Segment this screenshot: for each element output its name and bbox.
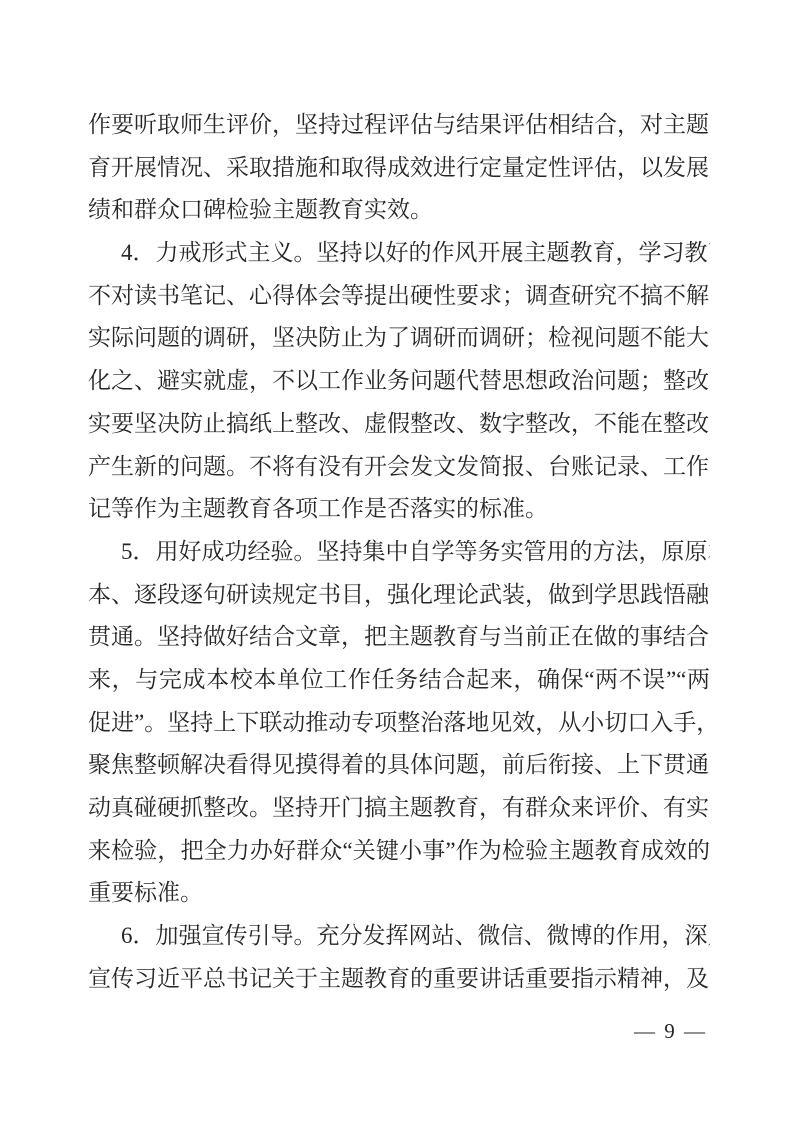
text-line: 本、逐段逐句研读规定书目，强化理论武装，做到学思践悟融会 (88, 574, 710, 617)
text-line: 实要坚决防止搞纸上整改、虚假整改、数字整改，不能在整改中 (88, 403, 710, 446)
text-line: 6．加强宣传引导。充分发挥网站、微信、微博的作用，深入 (88, 915, 710, 958)
text-line: 产生新的问题。不将有没有开会发文发简报、台账记录、工作笔 (88, 446, 710, 489)
text-line: 聚焦整顿解决看得见摸得着的具体问题，前后衔接、上下贯通， (88, 744, 710, 787)
document-body: 作要听取师生评价，坚持过程评估与结果评估相结合，对主题教 育开展情况、采取措施和… (88, 104, 710, 1000)
text-line: 实际问题的调研，坚决防止为了调研而调研；检视问题不能大而 (88, 317, 710, 360)
paragraph-item-4: 4．力戒形式主义。坚持以好的作风开展主题教育，学习教育 不对读书笔记、心得体会等… (88, 232, 710, 531)
text-line: 来检验，把全力办好群众“关键小事”作为检验主题教育成效的 (88, 830, 710, 873)
text-line: 记等作为主题教育各项工作是否落实的标准。 (88, 488, 710, 531)
text-line: 动真碰硬抓整改。坚持开门搞主题教育，有群众来评价、有实绩 (88, 787, 710, 830)
document-page: 作要听取师生评价，坚持过程评估与结果评估相结合，对主题教 育开展情况、采取措施和… (0, 0, 800, 1131)
text-line: 不对读书笔记、心得体会等提出硬性要求；调查研究不搞不解决 (88, 275, 710, 318)
paragraph-item-6: 6．加强宣传引导。充分发挥网站、微信、微博的作用，深入 宣传习近平总书记关于主题… (88, 915, 710, 1000)
page-number: — 9 — (634, 1017, 707, 1045)
text-line: 绩和群众口碑检验主题教育实效。 (88, 189, 710, 232)
text-line: 5．用好成功经验。坚持集中自学等务实管用的方法，原原本 (88, 531, 710, 574)
text-line: 促进”。坚持上下联动推动专项整治落地见效，从小切口入手， (88, 702, 710, 745)
text-line: 重要标准。 (88, 872, 710, 915)
text-line: 作要听取师生评价，坚持过程评估与结果评估相结合，对主题教 (88, 104, 710, 147)
paragraph-continuation: 作要听取师生评价，坚持过程评估与结果评估相结合，对主题教 育开展情况、采取措施和… (88, 104, 710, 232)
text-line: 育开展情况、采取措施和取得成效进行定量定性评估，以发展成 (88, 147, 710, 190)
text-line: 来，与完成本校本单位工作任务结合起来，确保“两不误”“两 (88, 659, 710, 702)
text-line: 贯通。坚持做好结合文章，把主题教育与当前正在做的事结合起 (88, 616, 710, 659)
text-line: 宣传习近平总书记关于主题教育的重要讲话重要指示精神，及时 (88, 958, 710, 1001)
paragraph-item-5: 5．用好成功经验。坚持集中自学等务实管用的方法，原原本 本、逐段逐句研读规定书目… (88, 531, 710, 915)
text-line: 化之、避实就虚，不以工作业务问题代替思想政治问题；整改落 (88, 360, 710, 403)
text-line: 4．力戒形式主义。坚持以好的作风开展主题教育，学习教育 (88, 232, 710, 275)
